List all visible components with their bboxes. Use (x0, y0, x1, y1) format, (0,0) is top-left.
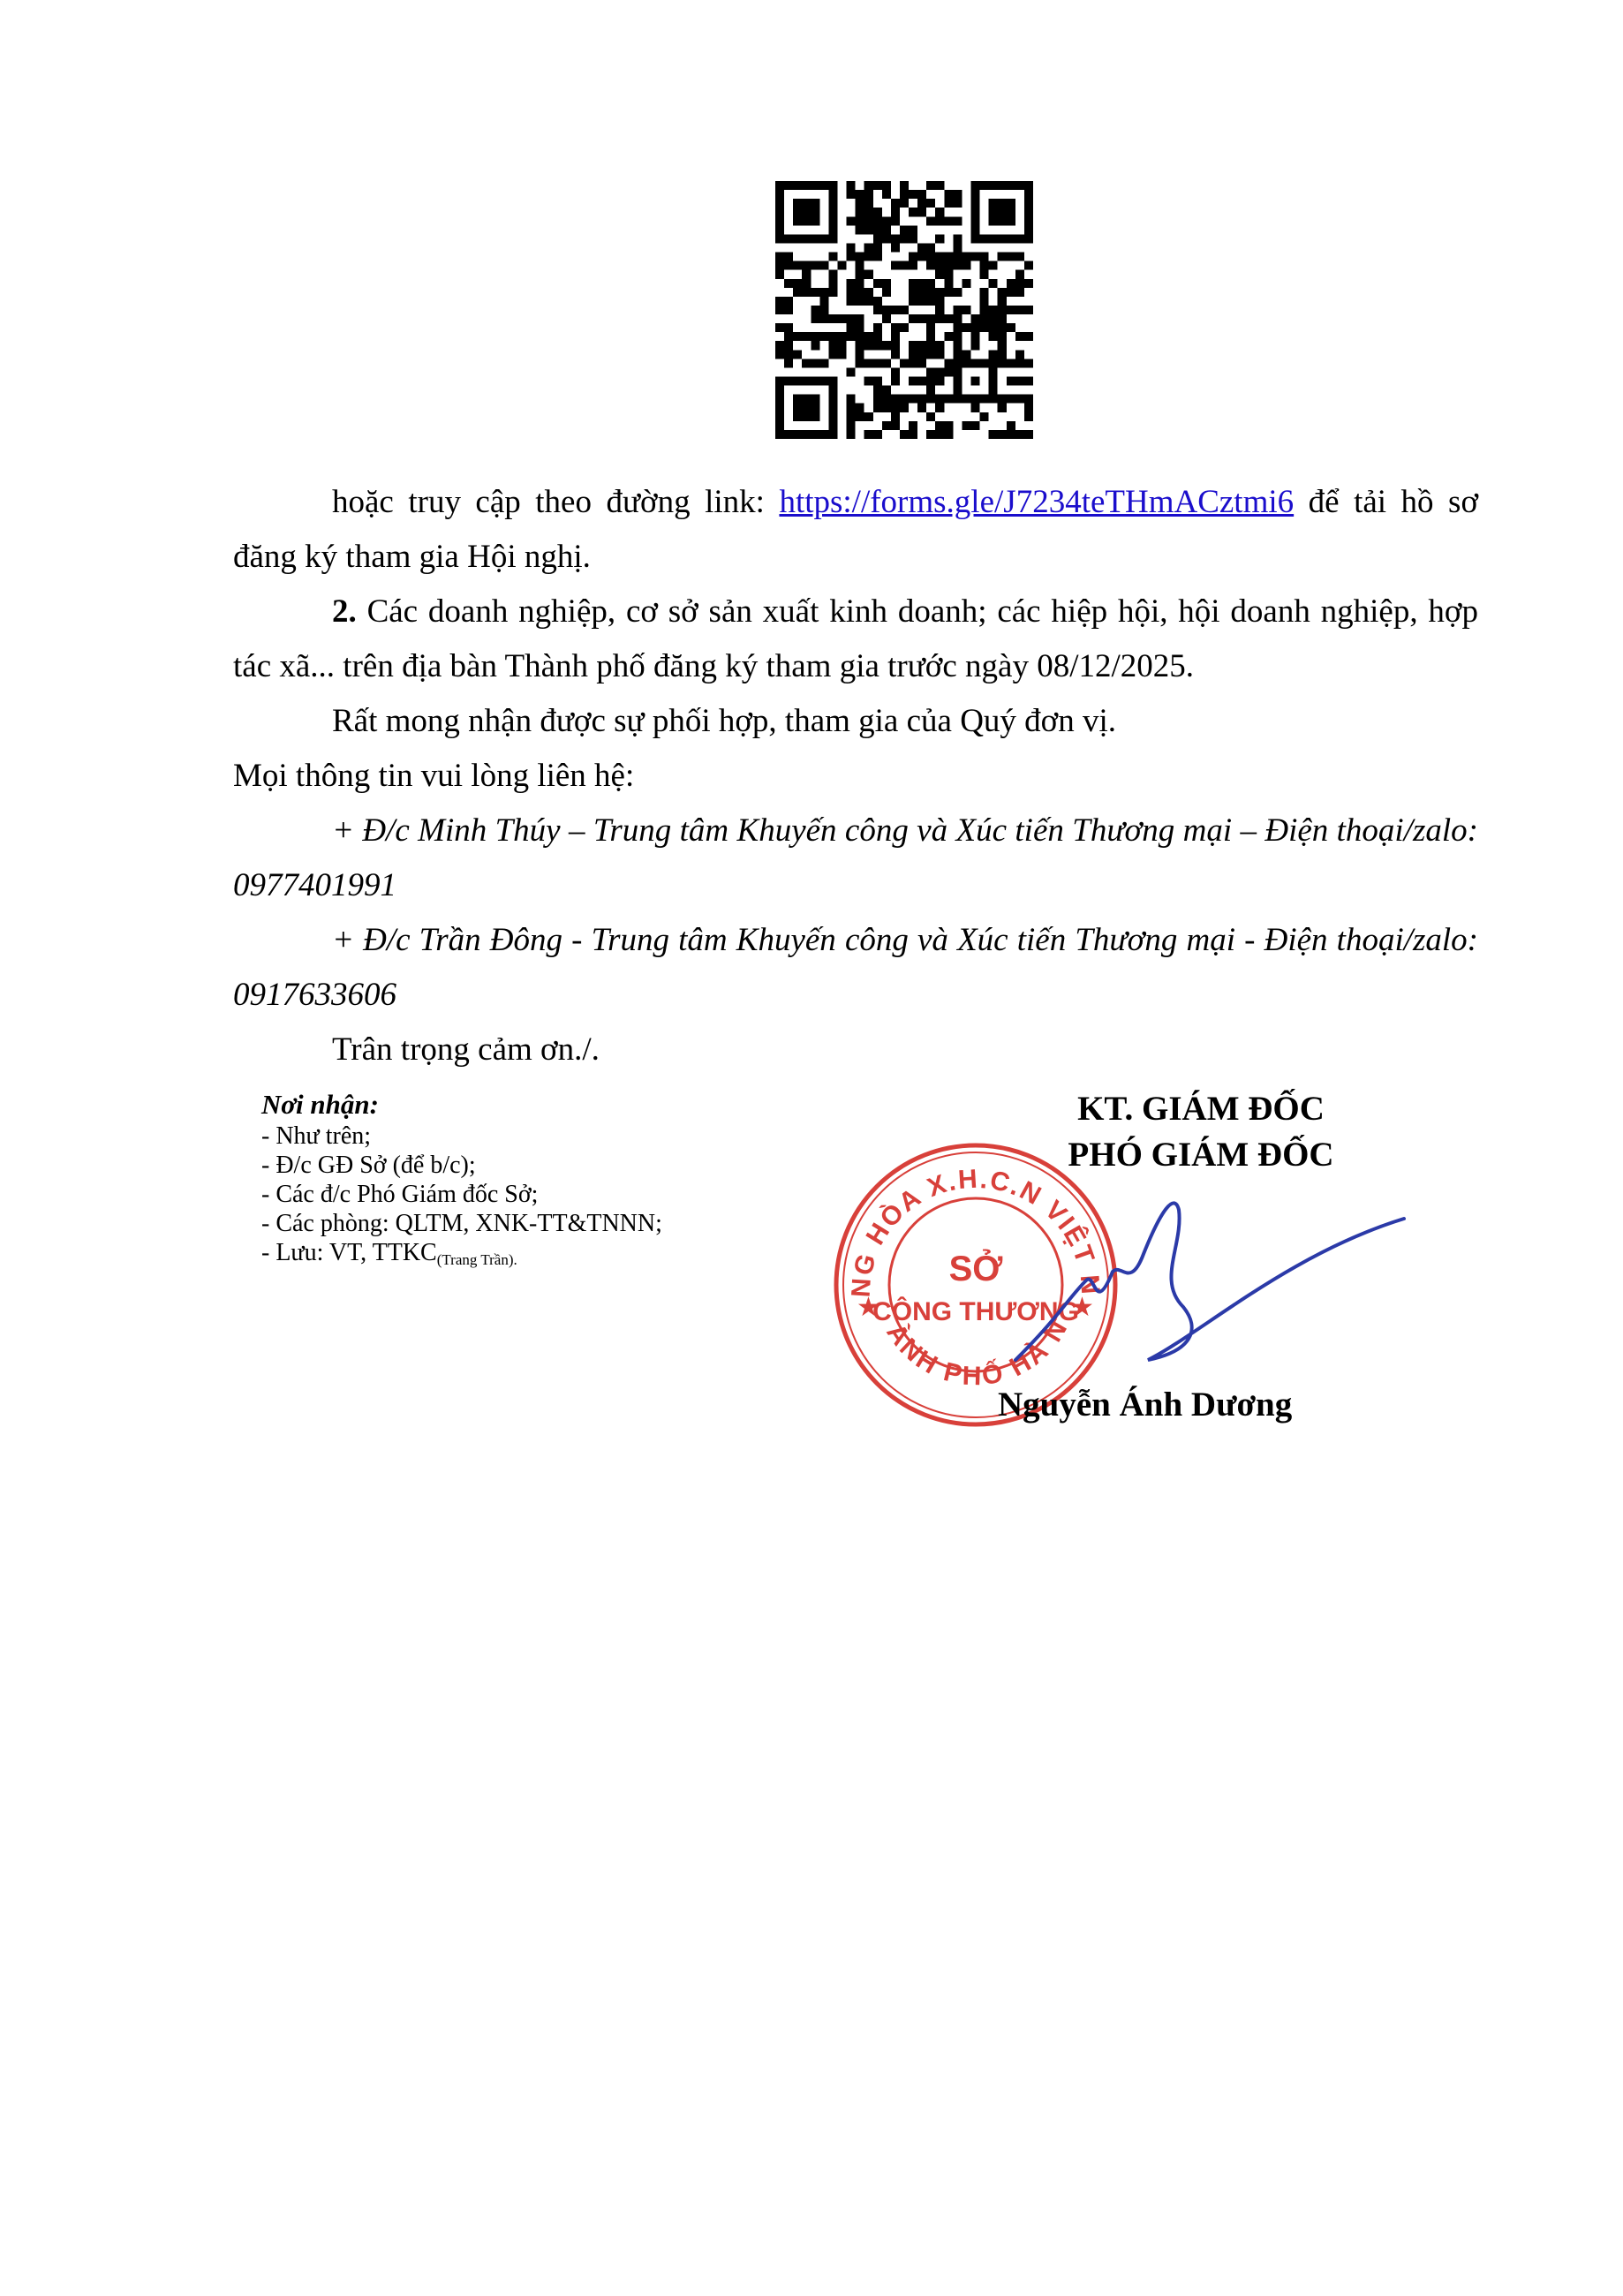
document-body: hoặc truy cập theo đường link: https://f… (233, 475, 1478, 1077)
link-paragraph: hoặc truy cập theo đường link: https://f… (233, 475, 1478, 585)
registration-form-link[interactable]: https://forms.gle/J7234teTHmACztmi6 (779, 484, 1294, 520)
contact-2: + Đ/c Trần Đông - Trung tâm Khuyến công … (233, 913, 1478, 1023)
cooperation-paragraph: Rất mong nhận được sự phối hợp, tham gia… (233, 694, 1478, 749)
item-number: 2. (332, 593, 357, 630)
signer-name: Nguyễn Ánh Dương (998, 1385, 1292, 1424)
recipients-title: Nơi nhận: (261, 1088, 662, 1122)
recipient-item: - Các phòng: QLTM, XNK-TT&TNNN; (261, 1209, 662, 1238)
recipient-item: - Như trên; (261, 1122, 662, 1151)
link-prefix: hoặc truy cập theo đường link: (332, 484, 779, 520)
item-2-text: Các doanh nghiệp, cơ sở sản xuất kinh do… (233, 593, 1478, 684)
signature-title-line1: KT. GIÁM ĐỐC (971, 1086, 1431, 1132)
handwritten-signature-icon (989, 1139, 1413, 1404)
recipients-block: Nơi nhận: - Như trên; - Đ/c GĐ Sở (để b/… (261, 1088, 662, 1274)
qr-code-icon[interactable] (775, 181, 1033, 439)
recipient-item: - Lưu: VT, TTKC(Trang Trần). (261, 1238, 662, 1274)
recipient-item: - Các đ/c Phó Giám đốc Sở; (261, 1180, 662, 1209)
contact-intro: Mọi thông tin vui lòng liên hệ: (233, 749, 1478, 804)
contact-1: + Đ/c Minh Thúy – Trung tâm Khuyến công … (233, 804, 1478, 913)
recipient-item: - Đ/c GĐ Sở (để b/c); (261, 1151, 662, 1180)
closing: Trân trọng cảm ơn./. (233, 1023, 1478, 1077)
svg-text:★: ★ (857, 1293, 880, 1322)
item-2-paragraph: 2. Các doanh nghiệp, cơ sở sản xuất kinh… (233, 585, 1478, 694)
